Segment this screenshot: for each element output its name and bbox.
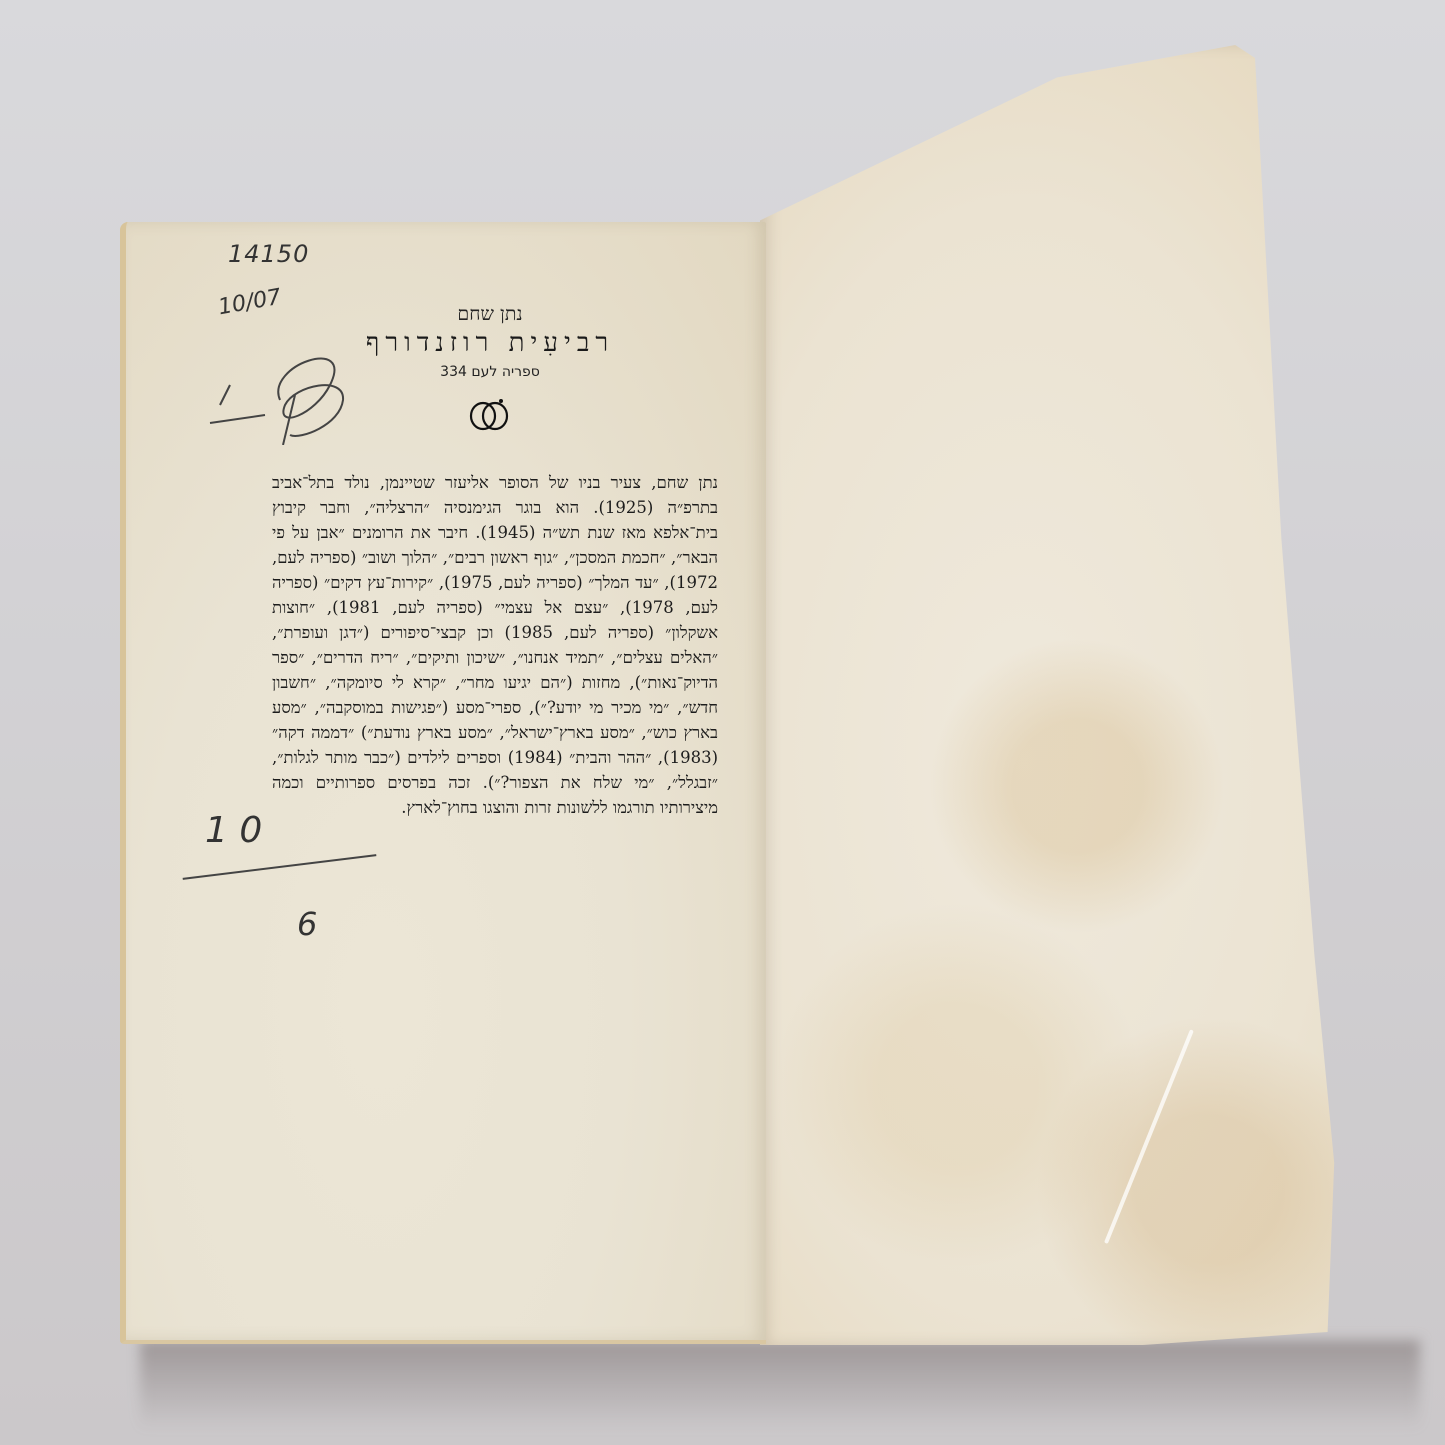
age-stains (760, 45, 1420, 1345)
right-page-cover (760, 45, 1420, 1345)
series-number: ספריה לעם 334 (340, 364, 640, 380)
book-shadow (140, 1340, 1420, 1430)
book-author: נתן שחם (340, 303, 640, 326)
biography-paragraph: נתן שחם, צעיר בניו של הסופר אליעזר שטיינ… (272, 470, 718, 820)
signature-scribble (205, 345, 355, 445)
book-title: רביעִית רוזנדורף (340, 328, 640, 358)
publisher-logo-icon (465, 396, 513, 432)
handwritten-numerator: 1 0 (205, 810, 262, 851)
handwritten-note: 14150 (228, 240, 309, 268)
author-biography: נתן שחם, צעיר בניו של הסופר אליעזר שטיינ… (272, 470, 718, 820)
handwritten-denominator: 6 (297, 905, 317, 943)
